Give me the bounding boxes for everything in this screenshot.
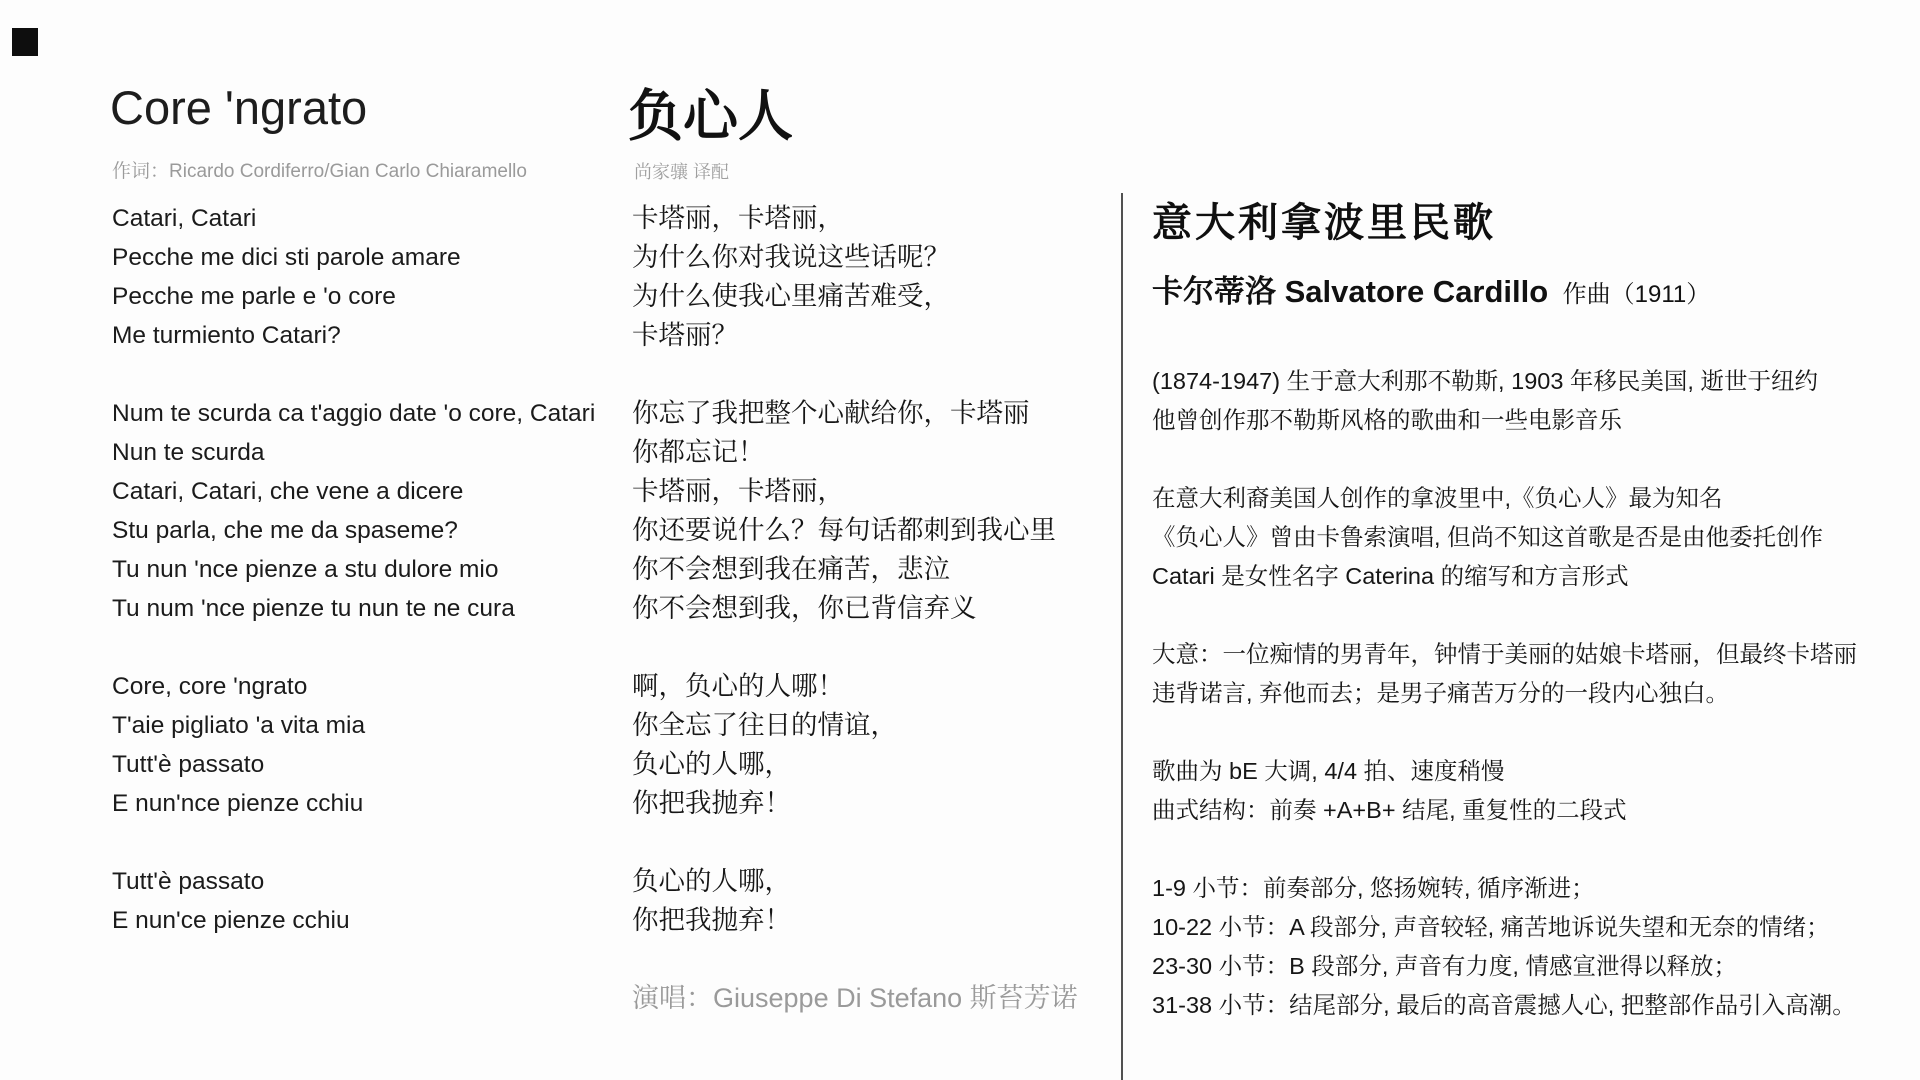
italian-verse-1: Catari, Catari Pecche me dici sti parole…: [112, 199, 595, 355]
lyric-line: Catari, Catari: [112, 199, 595, 238]
info-paragraphs: (1874-1947) 生于意大利那不勒斯, 1903 年移民美国, 逝世于纽约…: [1152, 362, 1892, 1025]
info-line: 《负心人》曾由卡鲁索演唱, 但尚不知这首歌是否是由他委托创作: [1152, 518, 1892, 557]
lyric-line: Stu parla, che me da spaseme?: [112, 511, 595, 550]
lyric-line: 卡塔丽，卡塔丽，: [632, 472, 1078, 511]
italian-lyrics-column: Catari, Catari Pecche me dici sti parole…: [112, 199, 595, 979]
lyric-line: Num te scurda ca t'aggio date 'o core, C…: [112, 394, 595, 433]
summary-paragraph: 大意：一位痴情的男青年，钟情于美丽的姑娘卡塔丽，但最终卡塔丽 违背诺言, 弃他而…: [1152, 635, 1892, 713]
translator-credit: 尚家骧 译配: [634, 158, 729, 184]
info-line: 1-9 小节：前奏部分, 悠扬婉转, 循序渐进；: [1152, 869, 1892, 908]
lyric-line: Tu num 'nce pienze tu nun te ne cura: [112, 589, 595, 628]
chinese-lyrics-column: 卡塔丽，卡塔丽， 为什么你对我说这些话呢？ 为什么使我心里痛苦难受， 卡塔丽？ …: [632, 199, 1078, 1018]
lyric-line: 你把我抛弃！: [632, 901, 1078, 940]
lyric-line: 你都忘记！: [632, 433, 1078, 472]
lyric-line: 你不会想到我在痛苦，悲泣: [632, 550, 1078, 589]
info-line: 大意：一位痴情的男青年，钟情于美丽的姑娘卡塔丽，但最终卡塔丽: [1152, 635, 1892, 674]
info-line: 在意大利裔美国人创作的拿波里中,《负心人》最为知名: [1152, 479, 1892, 518]
lyric-line: 你不会想到我，你已背信弃义: [632, 589, 1078, 628]
lyric-line: Core, core 'ngrato: [112, 667, 595, 706]
chinese-verse-2: 你忘了我把整个心献给你，卡塔丽 你都忘记！ 卡塔丽，卡塔丽， 你还要说什么？每句…: [632, 394, 1078, 628]
italian-verse-2: Num te scurda ca t'aggio date 'o core, C…: [112, 394, 595, 628]
lyricist-credit: 作词：Ricardo Cordiferro/Gian Carlo Chiaram…: [112, 156, 527, 183]
song-title-italian: Core 'ngrato: [110, 80, 367, 135]
italian-verse-3: Core, core 'ngrato T'aie pigliato 'a vit…: [112, 667, 595, 823]
lyric-line: 啊，负心的人哪！: [632, 667, 1078, 706]
musical-form-paragraph: 歌曲为 bE 大调, 4/4 拍、速度稍慢 曲式结构：前奏 +A+B+ 结尾, …: [1152, 752, 1892, 830]
divider-line: [1121, 193, 1123, 1080]
info-line: (1874-1947) 生于意大利那不勒斯, 1903 年移民美国, 逝世于纽约: [1152, 362, 1892, 401]
info-line: Catari 是女性名字 Caterina 的缩写和方言形式: [1152, 557, 1892, 596]
lyrics-sheet: Core 'ngrato 作词：Ricardo Cordiferro/Gian …: [0, 0, 1920, 1080]
lyric-line: Pecche me parle e 'o core: [112, 277, 595, 316]
info-line: 他曾创作那不勒斯风格的歌曲和一些电影音乐: [1152, 401, 1892, 440]
info-line: 歌曲为 bE 大调, 4/4 拍、速度稍慢: [1152, 752, 1892, 791]
song-info-panel: 意大利拿波里民歌 卡尔蒂洛 Salvatore Cardillo 作曲（1911…: [1152, 196, 1892, 1064]
lyric-line: E nun'nce pienze cchiu: [112, 784, 595, 823]
lyric-line: 你还要说什么？每句话都刺到我心里: [632, 511, 1078, 550]
lyric-line: Tutt'è passato: [112, 862, 595, 901]
lyric-line: 为什么你对我说这些话呢？: [632, 238, 1078, 277]
lyric-line: 卡塔丽？: [632, 316, 1078, 355]
lyric-line: Pecche me dici sti parole amare: [112, 238, 595, 277]
lyric-line: T'aie pigliato 'a vita mia: [112, 706, 595, 745]
history-paragraph: 在意大利裔美国人创作的拿波里中,《负心人》最为知名 《负心人》曾由卡鲁索演唱, …: [1152, 479, 1892, 596]
info-line: 10-22 小节：A 段部分, 声音较轻, 痛苦地诉说失望和无奈的情绪；: [1152, 908, 1892, 947]
performer-credit: 演唱：Giuseppe Di Stefano 斯苔芳诺: [632, 979, 1078, 1018]
chinese-verse-4: 负心的人哪， 你把我抛弃！: [632, 862, 1078, 940]
song-title-chinese: 负心人: [628, 72, 793, 151]
chinese-verse-1: 卡塔丽，卡塔丽， 为什么你对我说这些话呢？ 为什么使我心里痛苦难受， 卡塔丽？: [632, 199, 1078, 355]
lyric-line: 你全忘了往日的情谊，: [632, 706, 1078, 745]
info-line: 曲式结构：前奏 +A+B+ 结尾, 重复性的二段式: [1152, 791, 1892, 830]
composer-role-year: 作曲（1911）: [1563, 281, 1711, 308]
composer-line: 卡尔蒂洛 Salvatore Cardillo 作曲（1911）: [1152, 270, 1892, 320]
info-line: 违背诺言, 弃他而去；是男子痛苦万分的一段内心独白。: [1152, 674, 1892, 713]
lyric-line: Nun te scurda: [112, 433, 595, 472]
lyric-line: 卡塔丽，卡塔丽，: [632, 199, 1078, 238]
structure-paragraph: 1-9 小节：前奏部分, 悠扬婉转, 循序渐进； 10-22 小节：A 段部分,…: [1152, 869, 1892, 1025]
lyric-line: 你忘了我把整个心献给你，卡塔丽: [632, 394, 1078, 433]
italian-verse-4: Tutt'è passato E nun'ce pienze cchiu: [112, 862, 595, 940]
info-line: 23-30 小节：B 段部分, 声音有力度, 情感宣泄得以释放；: [1152, 947, 1892, 986]
lyric-line: E nun'ce pienze cchiu: [112, 901, 595, 940]
lyric-line: Tu nun 'nce pienze a stu dulore mio: [112, 550, 595, 589]
genre-heading: 意大利拿波里民歌: [1152, 196, 1892, 250]
chinese-verse-3: 啊，负心的人哪！ 你全忘了往日的情谊， 负心的人哪， 你把我抛弃！: [632, 667, 1078, 823]
lyric-line: 你把我抛弃！: [632, 784, 1078, 823]
lyric-line: Tutt'è passato: [112, 745, 595, 784]
lyric-line: Me turmiento Catari?: [112, 316, 595, 355]
lyric-line: 负心的人哪，: [632, 745, 1078, 784]
composer-name: 卡尔蒂洛 Salvatore Cardillo: [1152, 274, 1548, 309]
lyric-line: Catari, Catari, che vene a dicere: [112, 472, 595, 511]
bio-paragraph: (1874-1947) 生于意大利那不勒斯, 1903 年移民美国, 逝世于纽约…: [1152, 362, 1892, 440]
corner-mark: [12, 28, 38, 56]
lyric-line: 为什么使我心里痛苦难受，: [632, 277, 1078, 316]
info-line: 31-38 小节：结尾部分, 最后的高音震撼人心, 把整部作品引入高潮。: [1152, 986, 1892, 1025]
lyric-line: 负心的人哪，: [632, 862, 1078, 901]
